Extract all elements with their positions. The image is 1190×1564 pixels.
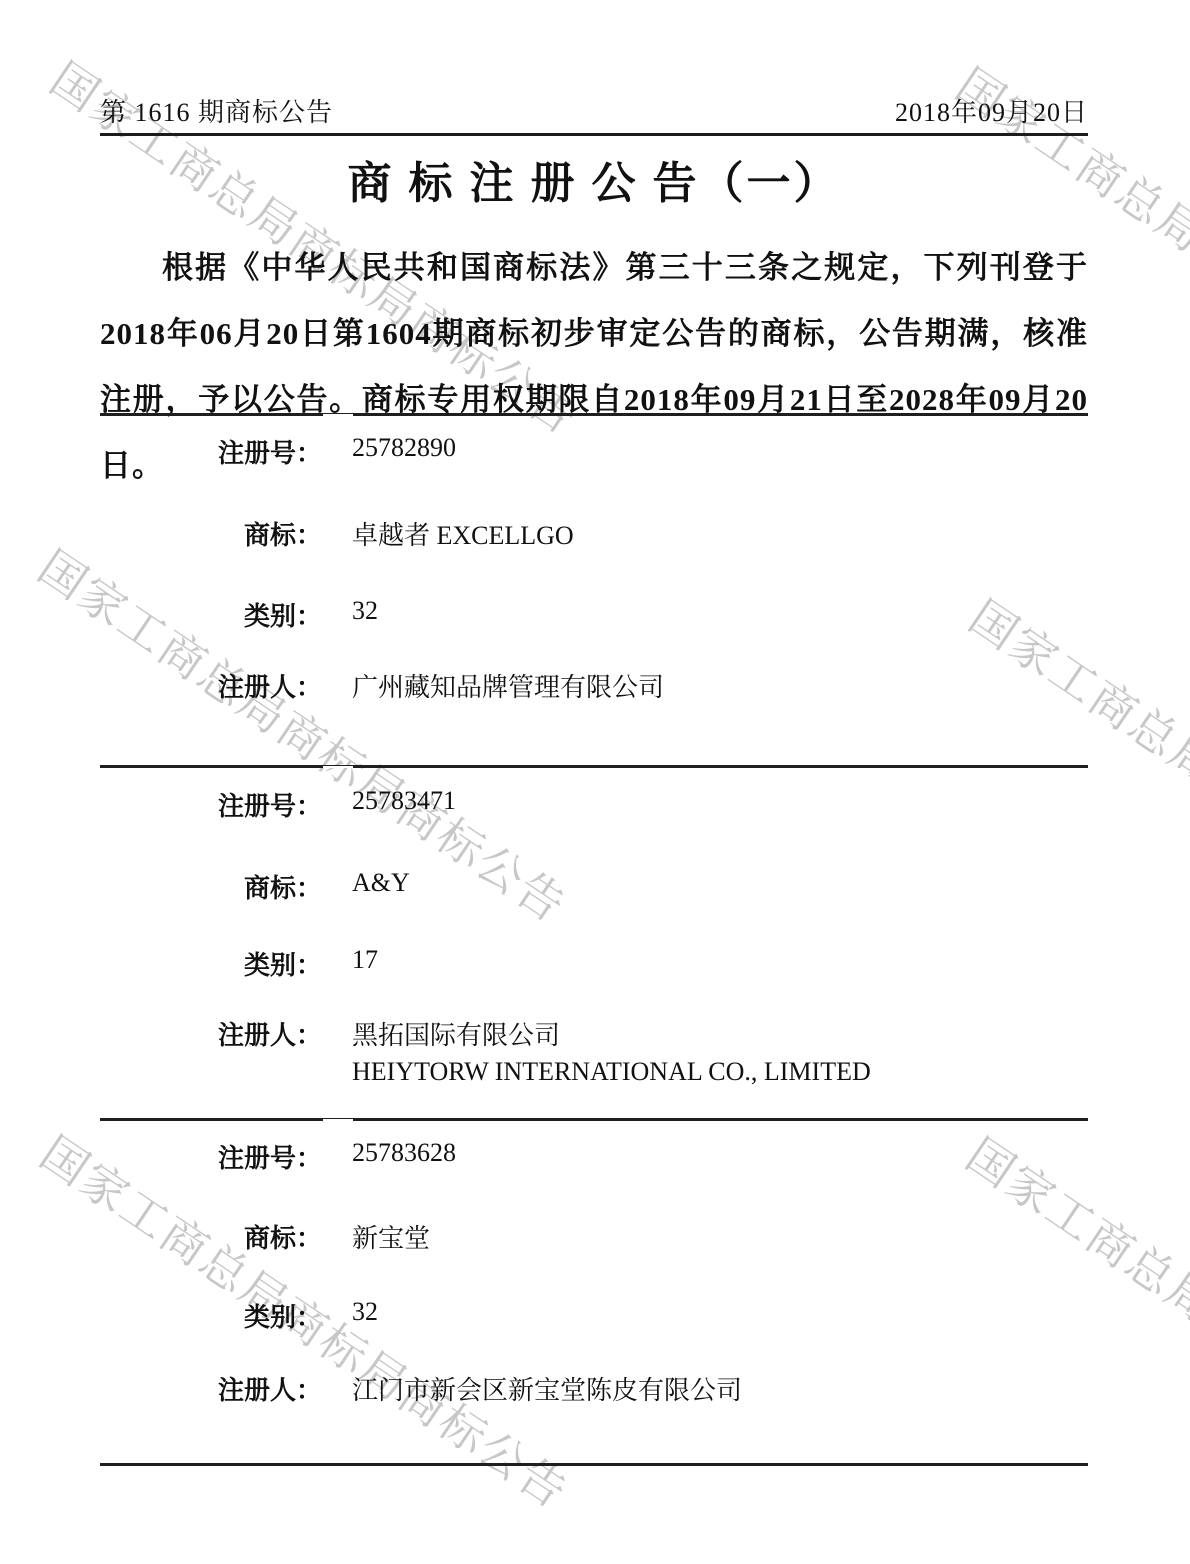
registrant-label: 注册人： (120, 1370, 322, 1407)
reg-no-label: 注册号： (120, 786, 322, 823)
document-page: 国家工商总局商标局商标公告 国家工商总局商标局商标公告 国家工商总局商标局商标公… (0, 0, 1190, 1564)
mark-value: 卓越者 EXCELLGO (352, 515, 1092, 552)
reg-no-label: 注册号： (120, 1138, 322, 1175)
table-row: 注册号： 25783471 (0, 786, 1190, 826)
registrant-value: 黑拓国际有限公司 (352, 1015, 1092, 1052)
class-value: 17 (352, 945, 1092, 975)
watermark-text: 国家工商总局商标局商标公告 (958, 582, 1190, 986)
registrant-label: 注册人： (120, 1015, 322, 1052)
table-row: 类别： 17 (0, 945, 1190, 985)
divider-notch (323, 414, 353, 416)
class-label: 类别： (120, 1297, 322, 1334)
table-row: 注册人： 江门市新会区新宝堂陈皮有限公司 (0, 1370, 1190, 1410)
class-value: 32 (352, 596, 1092, 626)
table-row: 注册人： 黑拓国际有限公司 (0, 1015, 1190, 1055)
entry-divider (100, 765, 1088, 768)
mark-label: 商标： (120, 515, 322, 552)
registrant-en-value: HEIYTORW INTERNATIONAL CO., LIMITED (352, 1057, 1092, 1087)
divider-notch (323, 766, 353, 768)
table-row: 商标： 卓越者 EXCELLGO (0, 515, 1190, 555)
table-row: 注册人： 广州藏知品牌管理有限公司 (0, 667, 1190, 707)
entry-divider (100, 413, 1088, 416)
class-label: 类别： (120, 596, 322, 633)
divider-notch (323, 1119, 353, 1121)
reg-no-value: 25782890 (352, 433, 1092, 463)
table-row: 商标： 新宝堂 (0, 1218, 1190, 1258)
gazette-date: 2018年09月20日 (895, 92, 1088, 129)
table-row: HEIYTORW INTERNATIONAL CO., LIMITED (0, 1057, 1190, 1097)
table-row: 商标： A&Y (0, 868, 1190, 908)
gazette-issue-label: 第 1616 期商标公告 (100, 92, 333, 129)
table-row: 类别： 32 (0, 1297, 1190, 1337)
registrant-value: 广州藏知品牌管理有限公司 (352, 667, 1092, 704)
class-value: 32 (352, 1297, 1092, 1327)
table-row: 类别： 32 (0, 596, 1190, 636)
reg-no-value: 25783471 (352, 786, 1092, 816)
table-row: 注册号： 25782890 (0, 433, 1190, 473)
entry-divider (100, 1118, 1088, 1121)
mark-label: 商标： (120, 1218, 322, 1255)
mark-label: 商标： (120, 868, 322, 905)
reg-no-label: 注册号： (120, 433, 322, 470)
header-rule (100, 133, 1088, 136)
entry-divider (100, 1463, 1088, 1466)
table-row: 注册号： 25783628 (0, 1138, 1190, 1178)
registrant-label: 注册人： (120, 667, 322, 704)
page-title: 商 标 注 册 公 告（一） (100, 147, 1088, 211)
reg-no-value: 25783628 (352, 1138, 1092, 1168)
registrant-value: 江门市新会区新宝堂陈皮有限公司 (352, 1370, 1092, 1407)
mark-value: 新宝堂 (352, 1218, 1092, 1255)
class-label: 类别： (120, 945, 322, 982)
mark-value: A&Y (352, 868, 1092, 898)
